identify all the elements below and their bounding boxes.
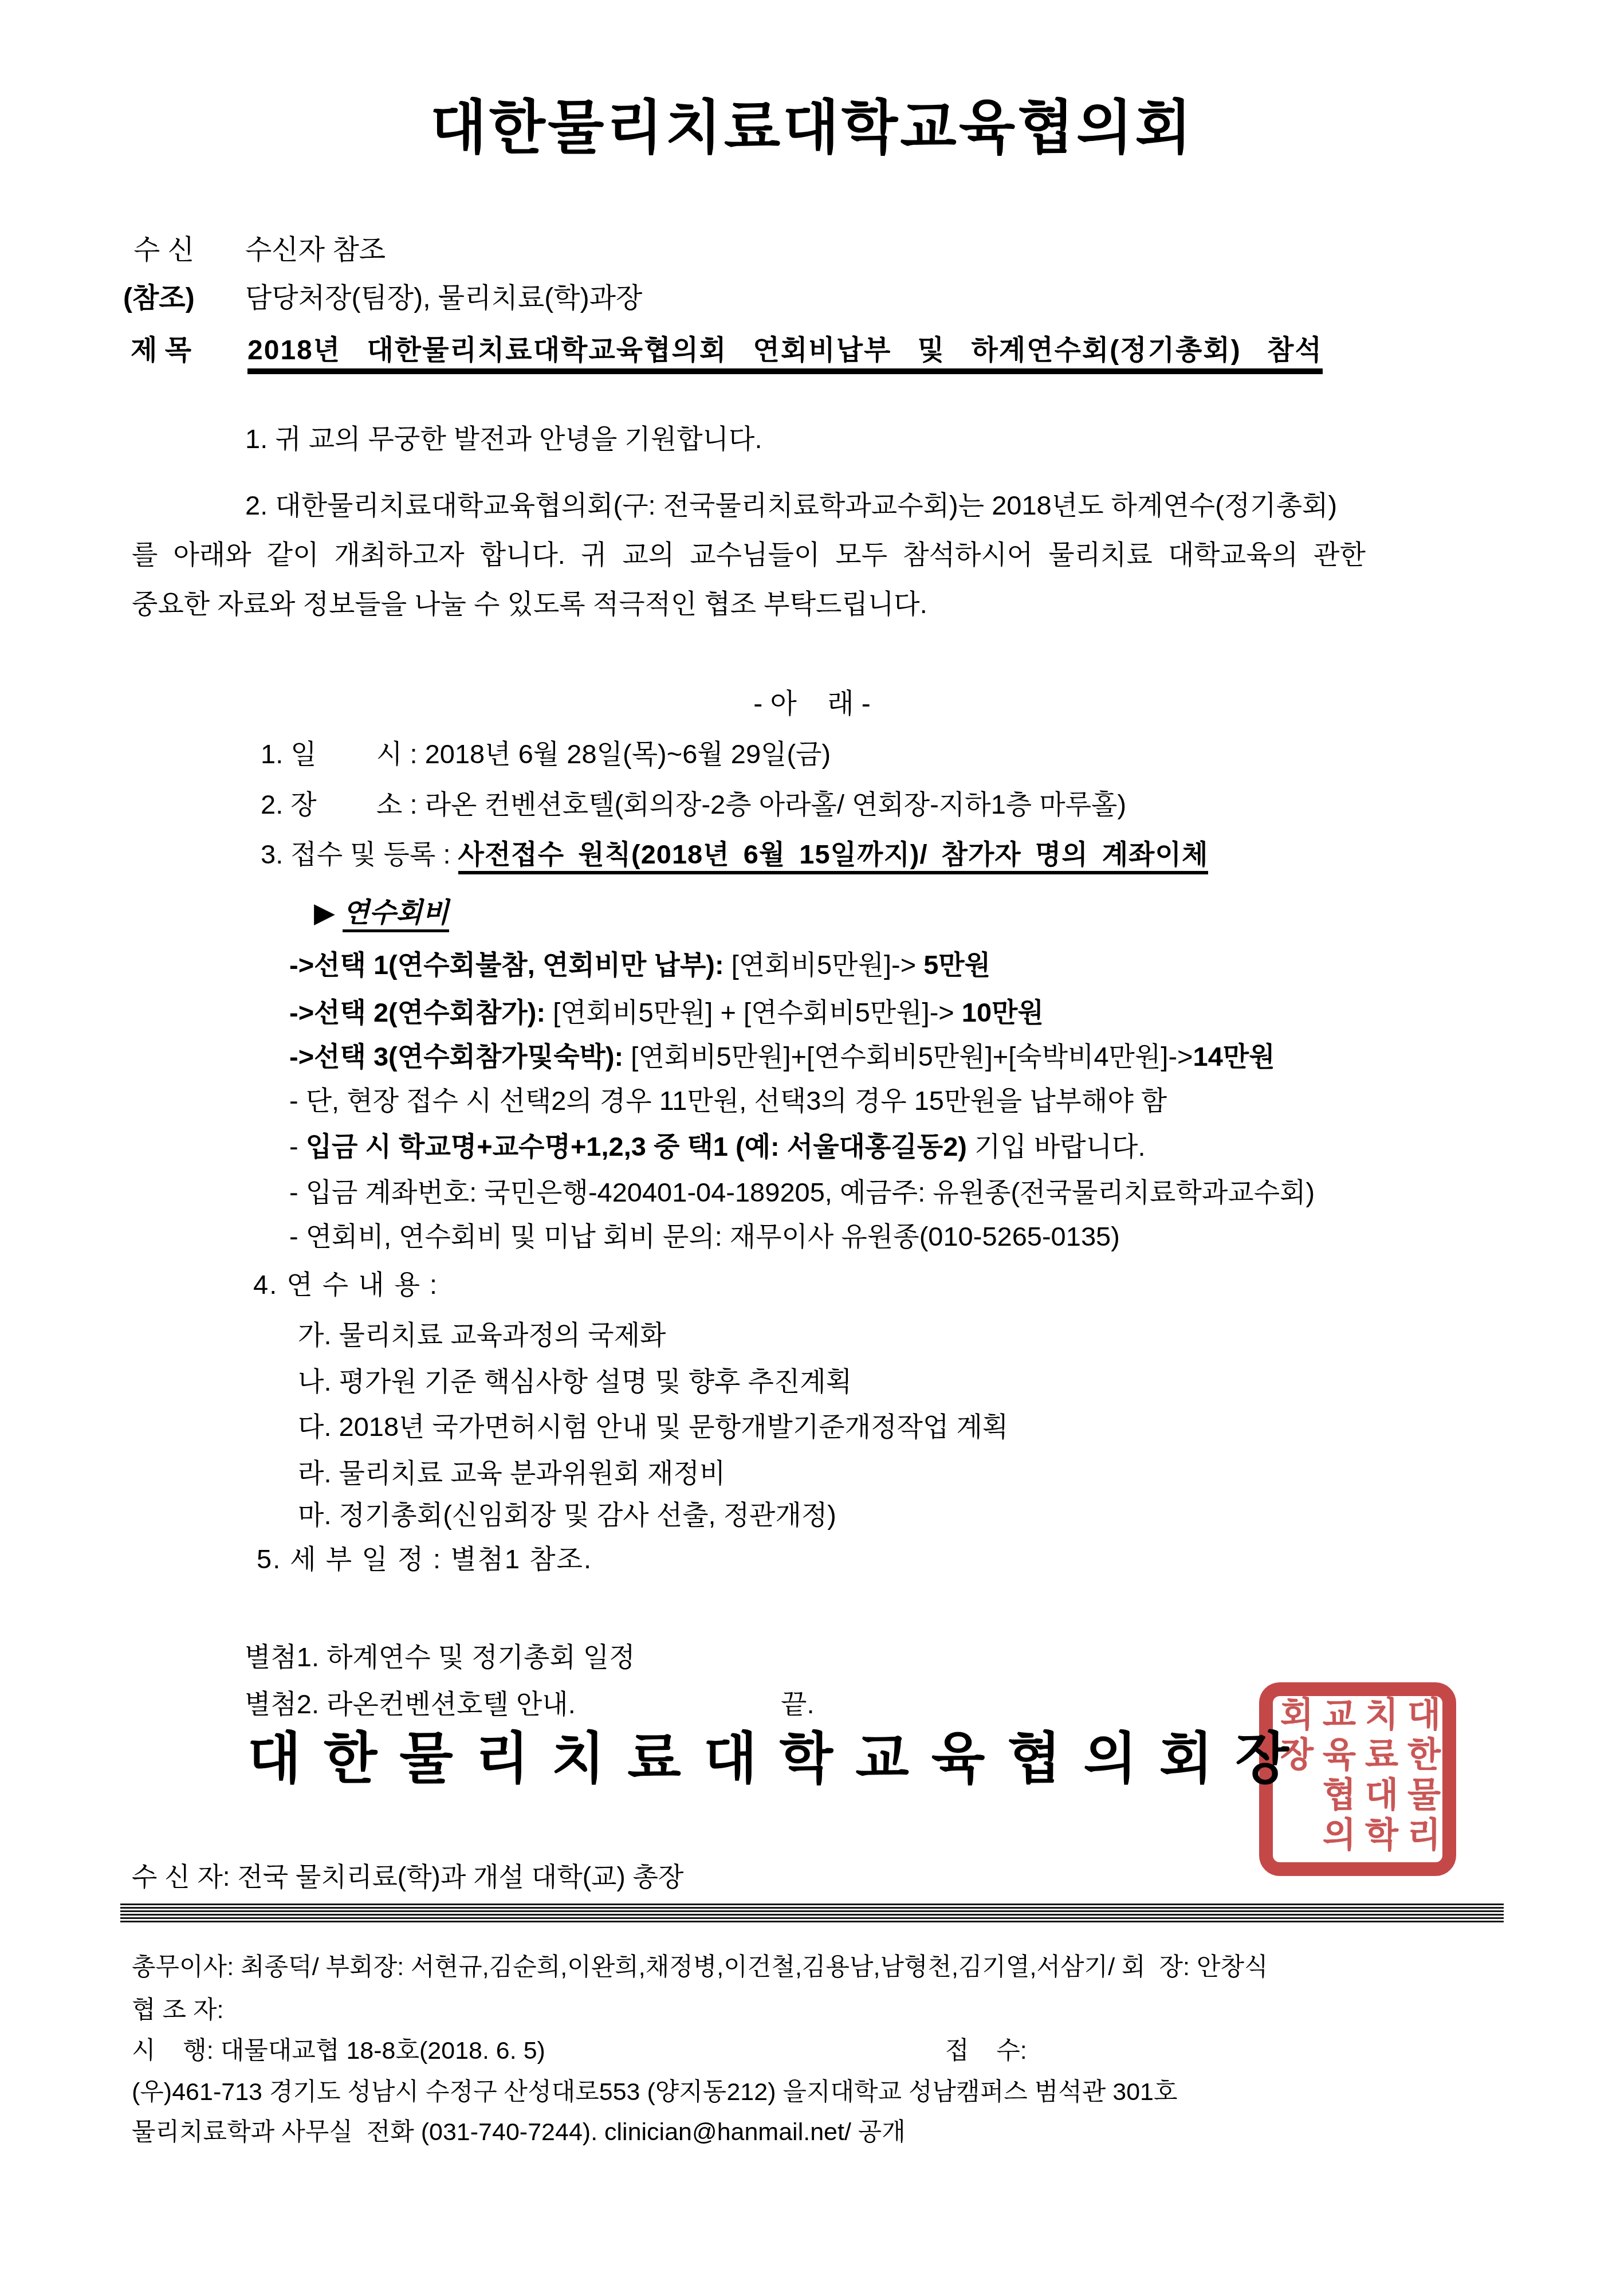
fee-option-1-total: 5만원	[923, 949, 990, 980]
inquiry-line: - 연회비, 연수회비 및 미납 회비 문의: 재무이사 유원종(010-526…	[289, 1223, 1120, 1250]
fee-option-2-label: ->선택 2(연수회참가):	[289, 997, 545, 1027]
attachment-2: 별첨2. 라온컨벤션호텔 안내.	[245, 1690, 576, 1717]
footer-contact-line: 물리치료학과 사무실 전화 (031-740-7244). clinician@…	[132, 2120, 906, 2145]
recipient-label: 수 신	[133, 237, 194, 264]
registration-value: 사전접수 원칙(2018년 6월 15일까지)/ 참가자 명의 계좌이체	[458, 839, 1209, 874]
schedule-item-datetime: 1. 일 시 : 2018년 6월 28일(목)~6월 29일(금)	[261, 740, 831, 767]
schedule-item-place: 2. 장 소 : 라온 컨벤션호텔(회의장-2층 아라홀/ 연회장-지하1층 마…	[261, 791, 1126, 818]
fee-option-1-calc: [연회비5만원]->	[724, 949, 923, 980]
deposit-prefix: -	[289, 1131, 306, 1161]
subject-row: 2018년 대한물리치료대학교육협의회 연회비납부 및 하계연수회(정기총회) …	[247, 337, 1323, 364]
subject-value: 2018년 대한물리치료대학교육협의회 연회비납부 및 하계연수회(정기총회) …	[247, 335, 1323, 374]
subject-label: 제 목	[131, 337, 191, 364]
deposit-instruction: - 입금 시 학교명+교수명+1,2,3 중 택1 (예: 서울대홍길동2) 기…	[289, 1133, 1146, 1160]
contents-item-a: 가. 물리치료 교육과정의 국제화	[298, 1321, 666, 1348]
registration-label: 3. 접수 및 등록 :	[261, 839, 458, 869]
fee-option-2-calc: [연회비5만원] + [연수회비5만원]->	[545, 997, 962, 1027]
detail-schedule-line: 5. 세 부 일 정 : 별첨1 참조.	[257, 1545, 592, 1572]
official-seal-text: 대한물리치료대학교육협의회장	[1273, 1696, 1442, 1862]
hatched-divider	[120, 1903, 1504, 1923]
attachment-1: 별첨1. 하계연수 및 정기총회 일정	[245, 1643, 635, 1670]
fee-option-1: ->선택 1(연수회불참, 연회비만 납부): [연회비5만원]-> 5만원	[289, 951, 990, 978]
triangle-bullet-icon: ▶	[314, 898, 335, 928]
footer-address-line: (우)461-713 경기도 성남시 수정구 산성대로553 (양지동212) …	[132, 2080, 1178, 2105]
footer-issuance-number: 시 행: 대물대교협 18-8호(2018. 6. 5)	[132, 2039, 545, 2063]
greeting-line: 1. 귀 교의 무궁한 발전과 안녕을 기원합니다.	[245, 425, 762, 452]
footer-receipt-label: 접 수:	[945, 2039, 1027, 2063]
cc-label: (참조)	[123, 285, 195, 312]
contents-heading: 4. 연 수 내 용 :	[253, 1271, 438, 1298]
fees-heading: ▶ 연수회비	[314, 900, 449, 927]
schedule-item-registration: 3. 접수 및 등록 : 사전접수 원칙(2018년 6월 15일까지)/ 참가…	[261, 841, 1208, 868]
paragraph2-line3: 중요한 자료와 정보들을 나눌 수 있도록 적극적인 협조 부탁드립니다.	[132, 590, 927, 617]
paragraph2-line1: 2. 대한물리치료대학교육협의회(구: 전국물리치료학과교수회)는 2018년도…	[245, 492, 1337, 519]
fee-option-3-label: ->선택 3(연수회참가및숙박):	[289, 1041, 623, 1072]
contents-item-b: 나. 평가원 기준 핵심사항 설명 및 향후 추진계획	[298, 1368, 852, 1395]
end-mark: 끝.	[781, 1690, 814, 1717]
fee-option-1-label: ->선택 1(연수회불참, 연회비만 납부):	[289, 949, 724, 980]
document-page: 대한물리치료대학교육협의회 수 신 수신자 참조 (참조) 담당처장(팀장), …	[0, 0, 1624, 2296]
account-line: - 입금 계좌번호: 국민은행-420401-04-189205, 예금주: 유…	[289, 1179, 1315, 1206]
contents-item-e: 마. 정기총회(신임회장 및 감사 선출, 정관개정)	[298, 1501, 836, 1528]
fee-option-2: ->선택 2(연수회참가): [연회비5만원] + [연수회비5만원]-> 10…	[289, 999, 1044, 1026]
deposit-suffix: 기입 바랍니다.	[967, 1131, 1146, 1161]
fee-option-3: ->선택 3(연수회참가및숙박): [연회비5만원]+[연수회비5만원]+[숙박…	[289, 1043, 1275, 1070]
deposit-bold: 입금 시 학교명+교수명+1,2,3 중 택1 (예: 서울대홍길동2)	[306, 1131, 967, 1161]
paragraph2-line2: 를 아래와 같이 개최하고자 합니다. 귀 교의 교수님들이 모두 참석하시어 …	[132, 541, 1366, 568]
recipient-universities-line: 수 신 자: 전국 물치리료(학)과 개설 대학(교) 총장	[132, 1863, 683, 1890]
contents-item-d: 라. 물리치료 교육 분과위원회 재정비	[298, 1459, 725, 1486]
fee-option-2-total: 10만원	[962, 997, 1044, 1027]
below-heading: - 아 래 -	[0, 690, 1624, 718]
fees-title: 연수회비	[343, 898, 449, 932]
footer-cooperator-label: 협 조 자:	[132, 1998, 223, 2023]
recipient-value: 수신자 참조	[245, 237, 386, 264]
onsite-note: - 단, 현장 접수 시 선택2의 경우 11만원, 선택3의 경우 15만원을…	[289, 1087, 1167, 1114]
footer-officers-line: 총무이사: 최종덕/ 부회장: 서현규,김순희,이완희,채정병,이건철,김용남,…	[132, 1955, 1268, 1980]
signature-title: 대 한 물 리 치 료 대 학 교 육 협 의 회 장	[247, 1730, 1292, 1786]
contents-item-c: 다. 2018년 국가면허시험 안내 및 문항개발기준개정작업 계획	[298, 1413, 1008, 1440]
org-title: 대한물리치료대학교육협의회	[0, 99, 1624, 157]
cc-value: 담당처장(팀장), 물리치료(학)과장	[245, 285, 642, 312]
fee-option-3-calc: [연회비5만원]+[연수회비5만원]+[숙박비4만원]->	[623, 1041, 1193, 1072]
fee-option-3-total: 14만원	[1193, 1041, 1275, 1072]
